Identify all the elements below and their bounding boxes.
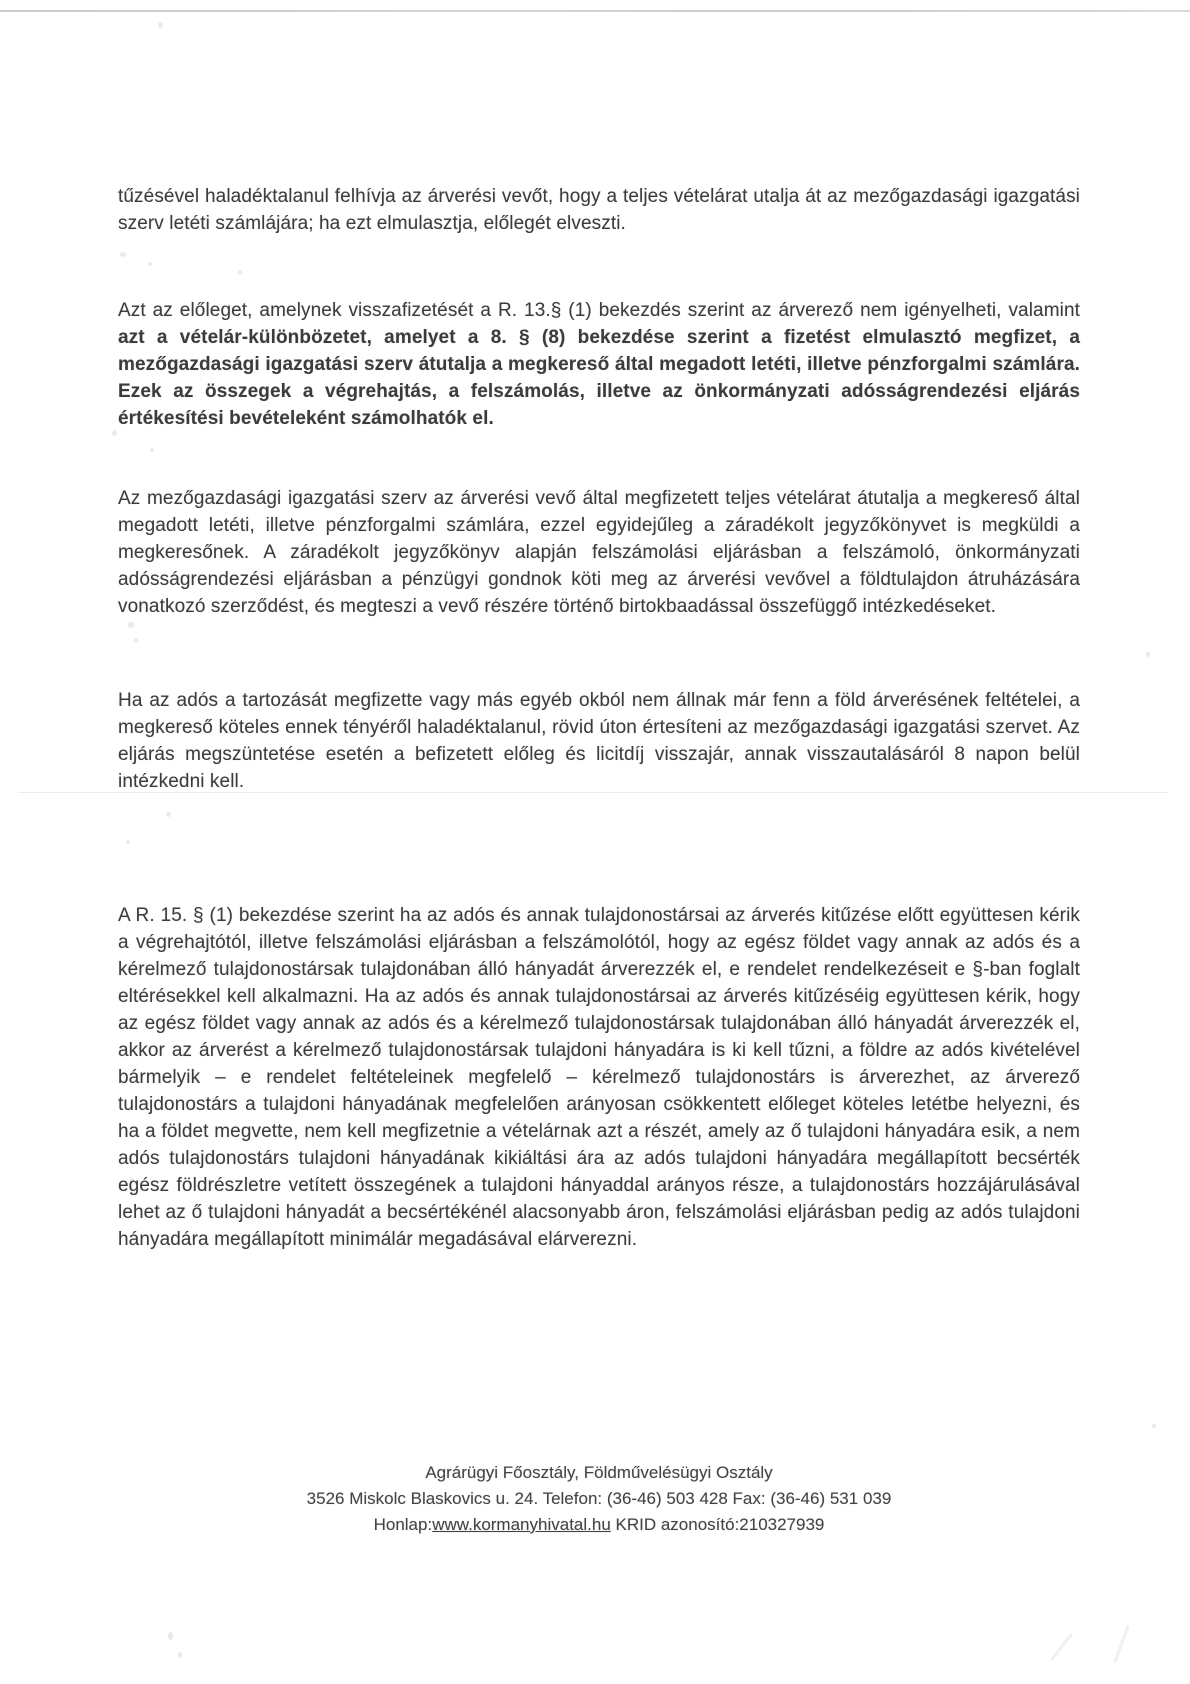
scan-speck [134,638,138,643]
footer-krid: KRID azonosító:210327939 [611,1515,825,1534]
paragraph-2-bold: azt a vételár-különbözetet, amelyet a 8.… [118,327,1080,429]
scan-speck [158,22,163,28]
paragraph-2: Azt az előleget, amelynek visszafizetésé… [118,297,1080,432]
paragraph-2-regular: Azt az előleget, amelynek visszafizetésé… [118,300,1080,321]
footer-department: Agrárügyi Főosztály, Földművelésügyi Osz… [118,1460,1080,1486]
paragraph-3: Az mezőgazdasági igazgatási szerv az árv… [118,485,1080,620]
scan-speck [118,700,122,704]
scan-speck [150,448,154,452]
scan-line-artifact [18,792,1168,793]
scan-speck [168,1632,173,1640]
scan-speck [238,270,242,275]
scan-speck [148,262,152,266]
paragraph-4: Ha az adós a tartozását megfizette vagy … [118,687,1080,795]
scan-speck [178,1652,182,1658]
scan-speck [166,812,171,817]
scan-speck [130,1178,134,1182]
scan-speck [120,252,126,257]
scan-speck [1152,1424,1156,1428]
footer-web-line: Honlap:www.kormanyhivatal.hu KRID azonos… [118,1512,1080,1538]
footer-website-link: www.kormanyhivatal.hu [432,1515,611,1534]
footer-contact: 3526 Miskolc Blaskovics u. 24. Telefon: … [118,1486,1080,1512]
scan-speck [1113,1625,1130,1664]
scan-edge-artifact [0,10,1190,12]
scanned-document-page: tűzésével haladéktalanul felhívja az árv… [0,0,1190,1684]
paragraph-5: A R. 15. § (1) bekezdése szerint ha az a… [118,902,1080,1253]
scan-speck [1146,652,1150,657]
scan-speck [128,622,134,628]
footer-web-label: Honlap: [374,1515,433,1534]
paragraph-1: tűzésével haladéktalanul felhívja az árv… [118,183,1080,237]
footer-block: Agrárügyi Főosztály, Földművelésügyi Osz… [118,1460,1080,1538]
scan-speck [1050,1633,1073,1662]
scan-speck [126,840,130,844]
scan-speck [112,430,117,436]
